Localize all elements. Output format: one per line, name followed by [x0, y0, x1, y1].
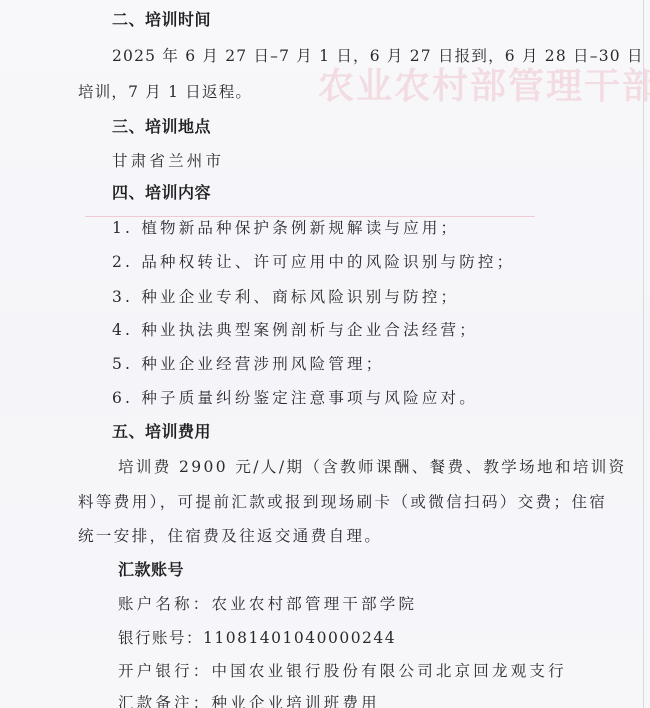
- content-item-3: 3. 种业企业专利、商标风险识别与防控；: [112, 287, 459, 307]
- fee-line-2: 料等费用），可提前汇款或报到现场刷卡（或微信扫码）交费；住宿: [78, 492, 607, 512]
- remittance-account-number: 银行账号：11081401040000244: [118, 628, 396, 648]
- content-item-2: 2. 品种权转让、许可应用中的风险识别与防控；: [112, 252, 515, 272]
- heading-training-content: 四、培训内容: [112, 183, 211, 203]
- remittance-bank: 开户银行：中国农业银行股份有限公司北京回龙观支行: [118, 661, 567, 681]
- training-time-line-2: 培训，7 月 1 日返程。: [78, 82, 252, 102]
- heading-training-location: 三、培训地点: [112, 117, 211, 137]
- document-page: 农业农村部管理干部学院文件 二、培训时间 2025 年 6 月 27 日–7 月…: [0, 0, 650, 708]
- heading-training-time: 二、培训时间: [112, 10, 211, 30]
- bleed-through-red-rule: [85, 216, 535, 217]
- fee-line-1: 培训费 2900 元/人/期（含教师课酬、餐费、教学场地和培训资: [118, 457, 627, 477]
- heading-remittance-account: 汇款账号: [118, 560, 184, 580]
- fee-line-3: 统一安排，住宿费及往返交通费自理。: [78, 526, 382, 546]
- page-edge-line: [643, 0, 644, 708]
- remittance-account-name: 账户名称：农业农村部管理干部学院: [118, 594, 417, 614]
- content-item-5: 5. 种业企业经营涉刑风险管理；: [112, 354, 384, 374]
- content-item-4: 4. 种业执法典型案例剖析与企业合法经营；: [112, 320, 478, 340]
- training-time-line-1: 2025 年 6 月 27 日–7 月 1 日，6 月 27 日报到，6 月 2…: [112, 46, 644, 66]
- remittance-note: 汇款备注：种业企业培训班费用: [118, 693, 380, 708]
- content-item-1: 1. 植物新品种保护条例新规解读与应用；: [112, 218, 459, 238]
- heading-training-fee: 五、培训费用: [112, 422, 211, 442]
- content-item-6: 6. 种子质量纠纷鉴定注意事项与风险应对。: [112, 388, 478, 408]
- training-location-text: 甘肃省兰州市: [112, 151, 224, 171]
